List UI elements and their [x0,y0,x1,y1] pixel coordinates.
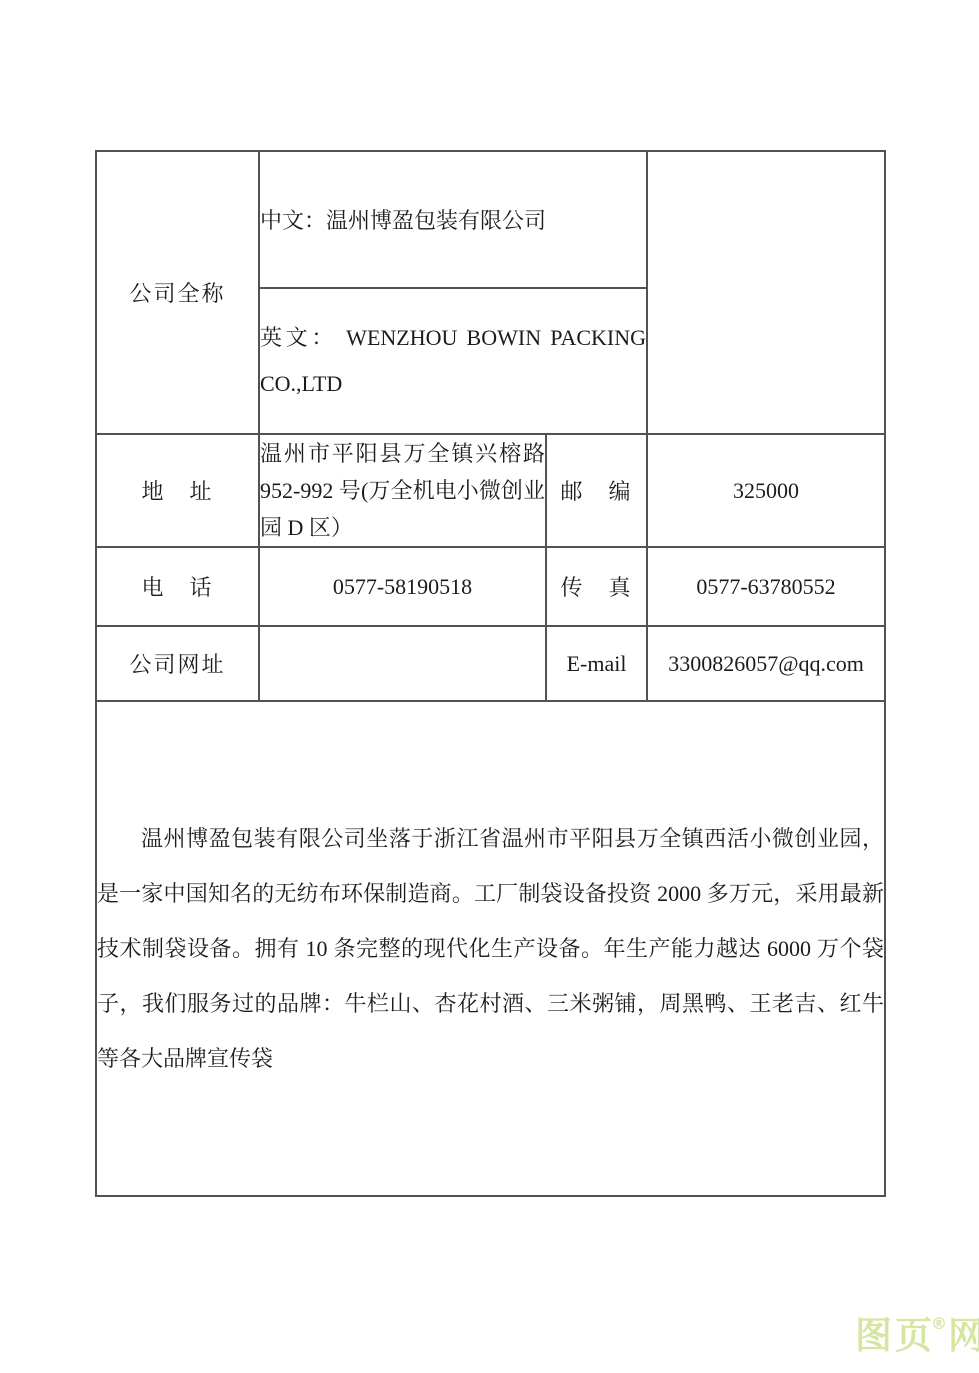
address-value: 温州市平阳县万全镇兴榕路 952-992 号(万全机电小微创业园 D 区） [260,441,545,540]
document-page: 公司全称 中文：温州博盈包装有限公司 英文： WENZHOU BOWIN PAC… [0,0,979,1373]
email-label: E-mail [567,651,627,676]
company-name-en-cell: 英文： WENZHOU BOWIN PACKING CO.,LTD [259,288,647,434]
phone-value-cell: 0577-58190518 [259,547,546,626]
watermark-logo: 图页®网 [855,1316,979,1354]
postal-code-value: 325000 [733,478,799,503]
fax-value-cell: 0577-63780552 [647,547,885,626]
phone-row: 电 话 0577-58190518 传 真 0577-63780552 [96,547,885,626]
company-name-cn-value: 中文：温州博盈包装有限公司 [260,208,546,233]
postal-code-label: 邮 编 [561,479,633,504]
website-value-cell [259,626,546,701]
website-label: 公司网址 [129,652,225,677]
fax-value: 0577-63780552 [696,574,835,599]
email-value-cell: 3300826057@qq.com [647,626,885,701]
watermark-text-left: 图页 [855,1314,935,1357]
company-name-en-value: 英文： WENZHOU BOWIN PACKING CO.,LTD [260,325,646,396]
watermark-text-right: 网 [948,1314,979,1357]
fax-label: 传 真 [561,575,633,600]
company-name-side-cell [647,151,885,434]
address-row: 地 址 温州市平阳县万全镇兴榕路 952-992 号(万全机电小微创业园 D 区… [96,434,885,547]
company-name-row-cn: 公司全称 中文：温州博盈包装有限公司 [96,151,885,288]
company-name-cn-cell: 中文：温州博盈包装有限公司 [259,151,647,288]
address-label-cell: 地 址 [96,434,259,547]
fax-label-cell: 传 真 [546,547,647,626]
phone-value: 0577-58190518 [333,574,472,599]
phone-label-cell: 电 话 [96,547,259,626]
email-label-cell: E-mail [546,626,647,701]
postal-code-label-cell: 邮 编 [546,434,647,547]
company-intro-text: 温州博盈包装有限公司坐落于浙江省温州市平阳县万全镇西活小微创业园，是一家中国知名… [97,826,884,1071]
postal-code-value-cell: 325000 [647,434,885,547]
registered-trademark-icon: ® [931,1316,947,1332]
company-info-table: 公司全称 中文：温州博盈包装有限公司 英文： WENZHOU BOWIN PAC… [95,150,886,1197]
phone-label: 电 话 [141,575,213,600]
address-label: 地 址 [141,479,213,504]
intro-row: 温州博盈包装有限公司坐落于浙江省温州市平阳县万全镇西活小微创业园，是一家中国知名… [96,701,885,1196]
website-label-cell: 公司网址 [96,626,259,701]
email-value: 3300826057@qq.com [668,651,864,676]
address-value-cell: 温州市平阳县万全镇兴榕路 952-992 号(万全机电小微创业园 D 区） [259,434,546,547]
website-row: 公司网址 E-mail 3300826057@qq.com [96,626,885,701]
company-intro-cell: 温州博盈包装有限公司坐落于浙江省温州市平阳县万全镇西活小微创业园，是一家中国知名… [96,701,885,1196]
company-name-label-cell: 公司全称 [96,151,259,434]
company-name-label: 公司全称 [129,281,225,306]
